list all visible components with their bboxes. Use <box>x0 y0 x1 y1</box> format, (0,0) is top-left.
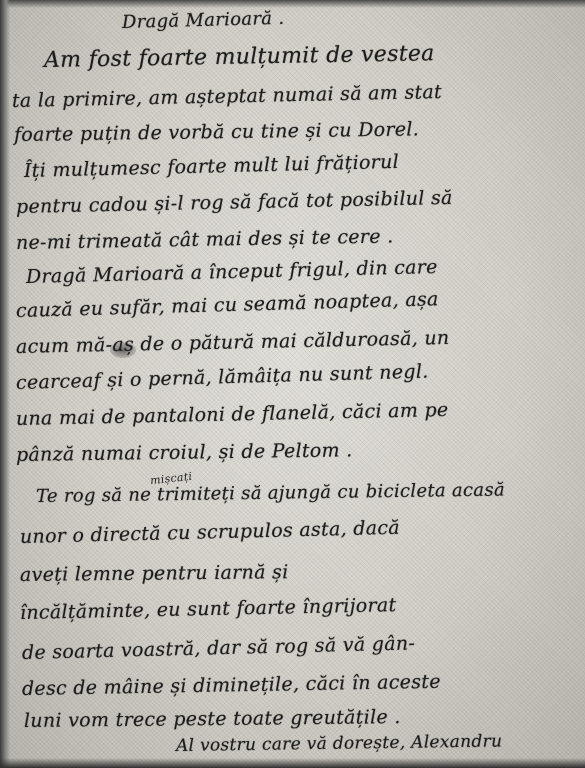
letter-line-4: Îți mulțumesc foarte mult lui frățiorul <box>24 153 399 181</box>
letter-line-10: cearceaf și o pernă, lămâița nu sunt neg… <box>16 362 429 393</box>
letter-line-8: cauză eu sufăr, mai cu seamă noaptea, aș… <box>16 290 439 321</box>
letter-photograph: Dragă Marioară . Am fost foarte mulțumit… <box>0 0 585 768</box>
handwritten-letter: Dragă Marioară . Am fost foarte mulțumit… <box>0 0 585 768</box>
letter-signature: Al vostru care vă dorește, Alexandru <box>176 733 503 755</box>
letter-line-17: de soarta voastră, dar să rog să vă gân- <box>22 634 416 663</box>
letter-line-16: încălțăminte, eu sunt foarte îngrijorat <box>20 596 397 623</box>
letter-line-11: una mai de pantaloni de flanelă, căci am… <box>16 401 449 429</box>
letter-greeting: Dragă Marioară . <box>122 10 285 32</box>
letter-line-1: Am fost foarte mulțumit de vestea <box>44 43 435 72</box>
letter-line-15: aveți lemne pentru iarnă și <box>20 563 289 585</box>
letter-line-19: luni vom trece peste toate greutățile . <box>24 708 401 731</box>
letter-line-3: foarte puțin de vorbă cu tine și cu Dore… <box>14 120 419 145</box>
letter-line-7: Dragă Marioară a început frigul, din car… <box>26 258 438 287</box>
letter-line-14: unor o directă cu scrupulos asta, dacă <box>20 519 400 547</box>
letter-line-12: pânză numai croiul, și de Peltom . <box>16 441 353 465</box>
letter-line-6: ne-mi trimeată cât mai des și te cere . <box>16 227 394 253</box>
letter-line-18: desc de mâine și diminețile, căci în ace… <box>22 673 441 699</box>
letter-line-2: ta la primire, am așteptat numai să am s… <box>12 83 442 111</box>
letter-line-15-text: aveți lemne pentru iarnă și <box>20 561 289 586</box>
letter-line-9: acum mă-aș de o pătură mai călduroasă, u… <box>16 329 450 357</box>
letter-line-13: Te rog să ne trimiteți să ajungă cu bici… <box>36 481 505 506</box>
letter-line-5: pentru cadou și-l rog să facă tot posibi… <box>16 189 453 217</box>
